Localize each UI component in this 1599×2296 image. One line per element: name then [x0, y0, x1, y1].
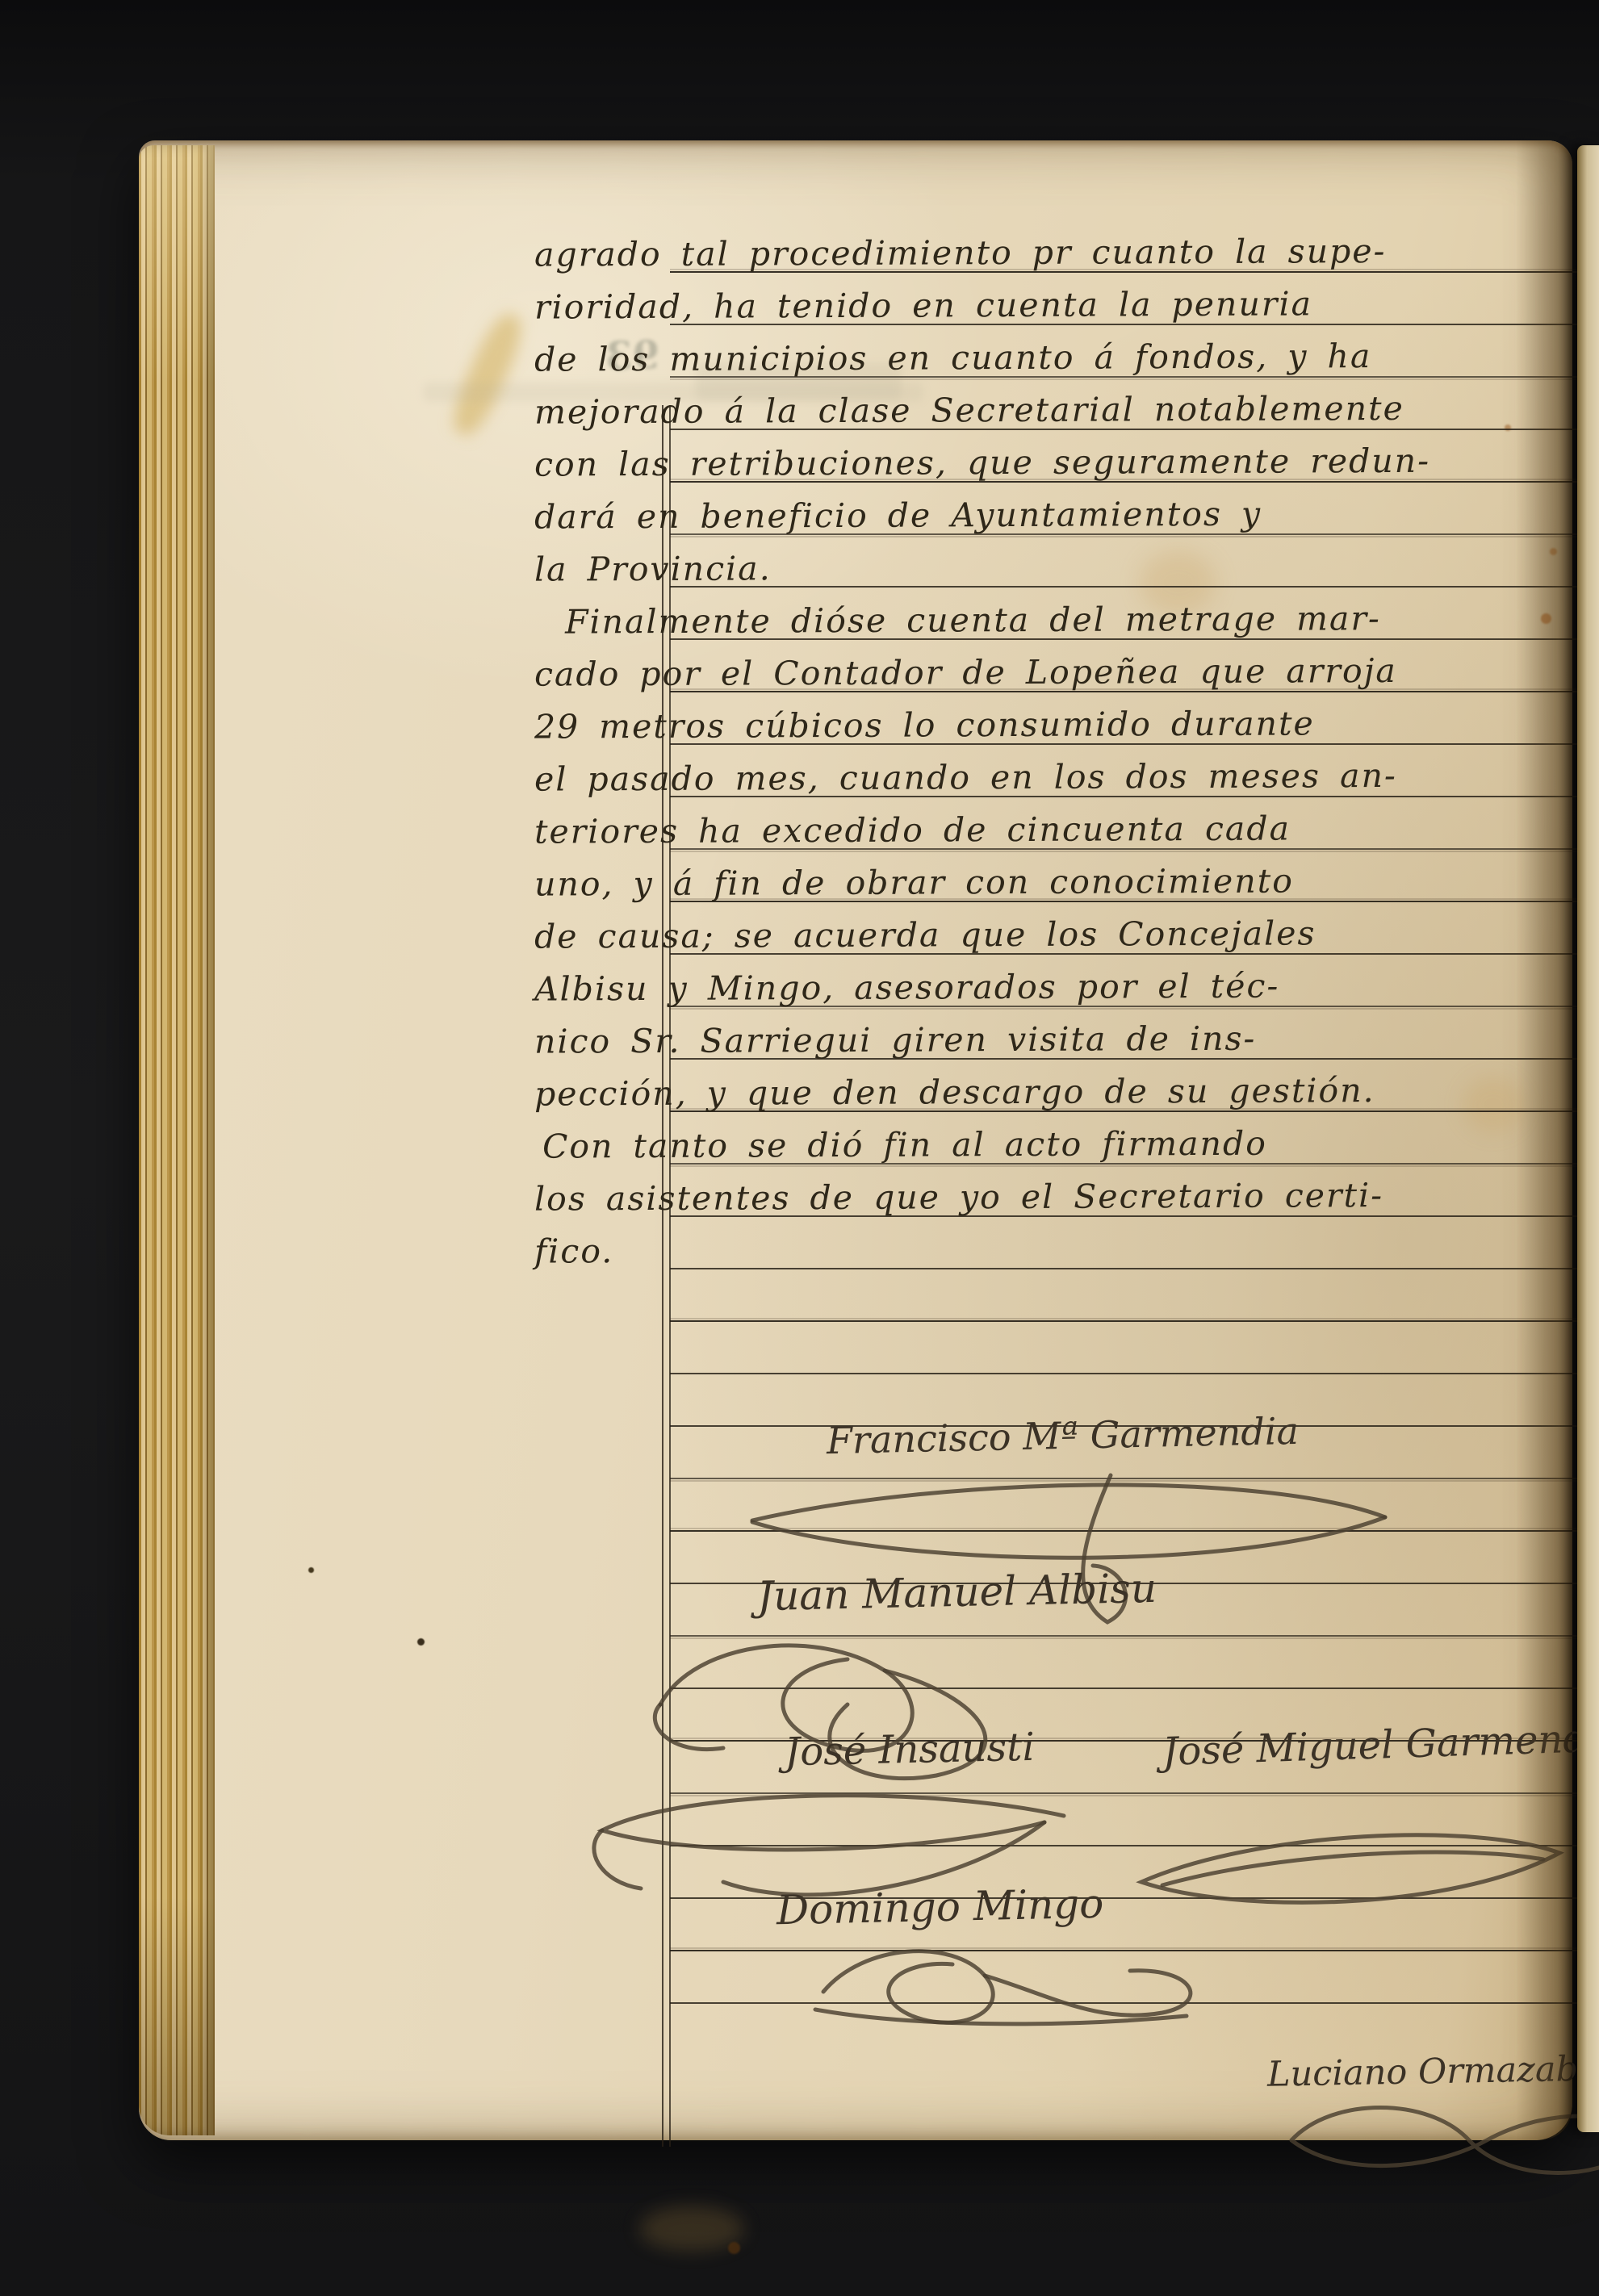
paper-stain	[417, 1638, 425, 1646]
gutter-shadow	[1516, 140, 1572, 2140]
manuscript-line: dará en beneficio de Ayuntamientos y	[534, 489, 1503, 540]
manuscript-page: 93 agrado tal procedimiento pr cuanto la…	[139, 140, 1572, 2140]
ruled-line	[670, 1320, 1599, 1322]
manuscript-line: con las retribuciones, que seguramente r…	[534, 437, 1503, 487]
signature-juan-manuel-albisu: Juan Manuel Albisu	[756, 1565, 1157, 1620]
manuscript-line: uno, y á fin de obrar con conocimiento	[534, 856, 1503, 907]
manuscript-line: de causa; se acuerda que los Concejales	[534, 909, 1503, 960]
manuscript-line: la Provincia.	[534, 542, 1503, 592]
manuscript-line: teriores ha excedido de cincuenta cada	[534, 804, 1503, 855]
ruled-line	[670, 1373, 1599, 1374]
manuscript-line: mejorado á la clase Secretarial notablem…	[534, 384, 1503, 435]
signature-rubric	[807, 1935, 1227, 2040]
page-fore-edge	[139, 145, 215, 2135]
paper-stain	[308, 1567, 314, 1573]
manuscript-line: de los municipios en cuanto á fondos, y …	[534, 332, 1503, 383]
signature-francisco-garmendia: Francisco Mª Garmendia	[826, 1409, 1299, 1462]
manuscript-line: agrado tal procedimiento pr cuanto la su…	[534, 227, 1503, 278]
adjacent-page-edge	[1577, 145, 1599, 2132]
manuscript-line: rioridad, ha tenido en cuenta la penuria	[534, 279, 1503, 330]
paper-stain	[728, 2242, 740, 2254]
manuscript-line: pección, y que den descargo de su gestió…	[534, 1066, 1503, 1117]
manuscript-line: cado por el Contador de Lopeñea que arro…	[534, 646, 1503, 697]
manuscript-line: Con tanto se dió fin al acto firmando	[542, 1119, 1511, 1169]
paper-stain	[445, 308, 530, 441]
manuscript-line: Finalmente dióse cuenta del metrage mar-	[565, 594, 1534, 645]
manuscript-line: el pasado mes, cuando en los dos meses a…	[534, 751, 1503, 802]
signature-domingo-mingo: Domingo Mingo	[776, 1880, 1103, 1934]
signature-jose-insausti: José Insausti	[784, 1725, 1035, 1775]
scan-background: 93 agrado tal procedimiento pr cuanto la…	[0, 0, 1599, 2296]
manuscript-line: nico Sr. Sarriegui giren visita de ins-	[534, 1014, 1503, 1064]
manuscript-line: los asistentes de que yo el Secretario c…	[534, 1171, 1503, 1222]
signature-rubric	[1130, 1821, 1574, 1934]
manuscript-line: Albisu y Mingo, asesorados por el téc-	[534, 961, 1503, 1012]
manuscript-line: fico.	[534, 1223, 1503, 1274]
manuscript-line: 29 metros cúbicos lo consumido durante	[534, 699, 1503, 750]
